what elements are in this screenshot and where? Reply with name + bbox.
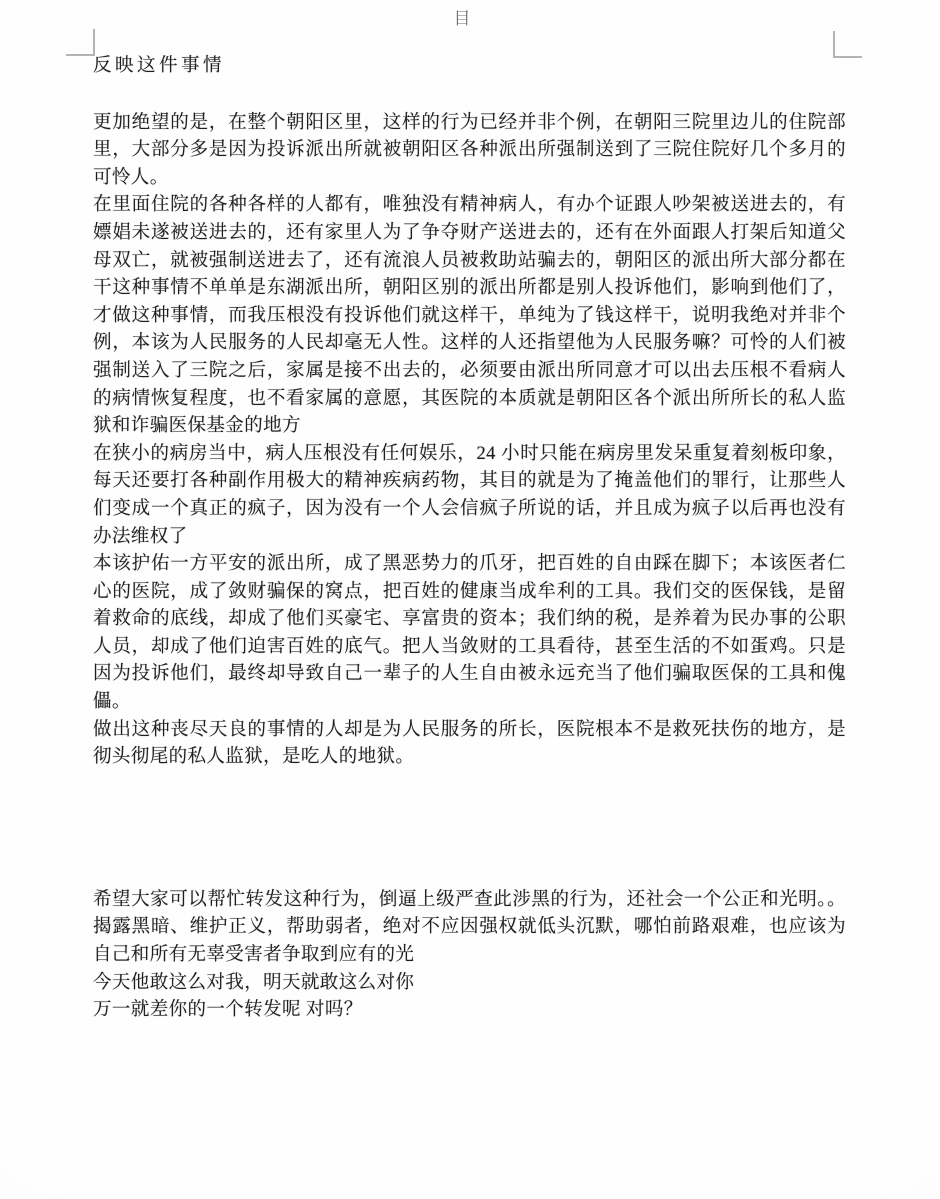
paragraph-appeal-share: 希望大家可以帮忙转发这种行为，倒逼上级严查此涉黑的行为，还社会一个公正和光明。。… bbox=[93, 887, 846, 970]
margin-corner-mark-left bbox=[66, 29, 95, 56]
document-body: 反映这件事情 更加绝望的是，在整个朝阳区里，这样的行为已经并非个例，在朝阳三院里… bbox=[93, 53, 846, 1025]
blank-gap bbox=[93, 772, 846, 887]
paragraph-ward-conditions: 在狭小的病房当中，病人压根没有任何娱乐，24 小时只能在病房里发呆重复着刻板印象… bbox=[93, 441, 846, 551]
paragraph-conclusion: 做出这种丧尽天良的事情的人却是为人民服务的所长，医院根本不是救死扶伤的地方，是彻… bbox=[93, 717, 846, 772]
document-title: 反映这件事情 bbox=[93, 53, 846, 81]
document-page: 目 反映这件事情 更加绝望的是，在整个朝阳区里，这样的行为已经并非个例，在朝阳三… bbox=[0, 0, 940, 1199]
paragraph-inpatients: 在里面住院的各种各样的人都有，唯独没有精神病人，有办个证跟人吵架被送进去的，有嫖… bbox=[93, 192, 846, 440]
page-header-character: 目 bbox=[0, 4, 925, 29]
paragraph-accusation: 本该护佑一方平安的派出所，成了黑恶势力的爪牙，把百姓的自由踩在脚下；本该医者仁心… bbox=[93, 551, 846, 717]
paragraph-appeal-today-me: 今天他敢这么对我，明天就敢这么对你 bbox=[93, 970, 846, 998]
paragraph-appeal-repost: 万一就差你的一个转发呢 对吗？ bbox=[93, 997, 846, 1025]
paragraph-despair: 更加绝望的是，在整个朝阳区里，这样的行为已经并非个例，在朝阳三院里边儿的住院部里… bbox=[93, 110, 846, 193]
